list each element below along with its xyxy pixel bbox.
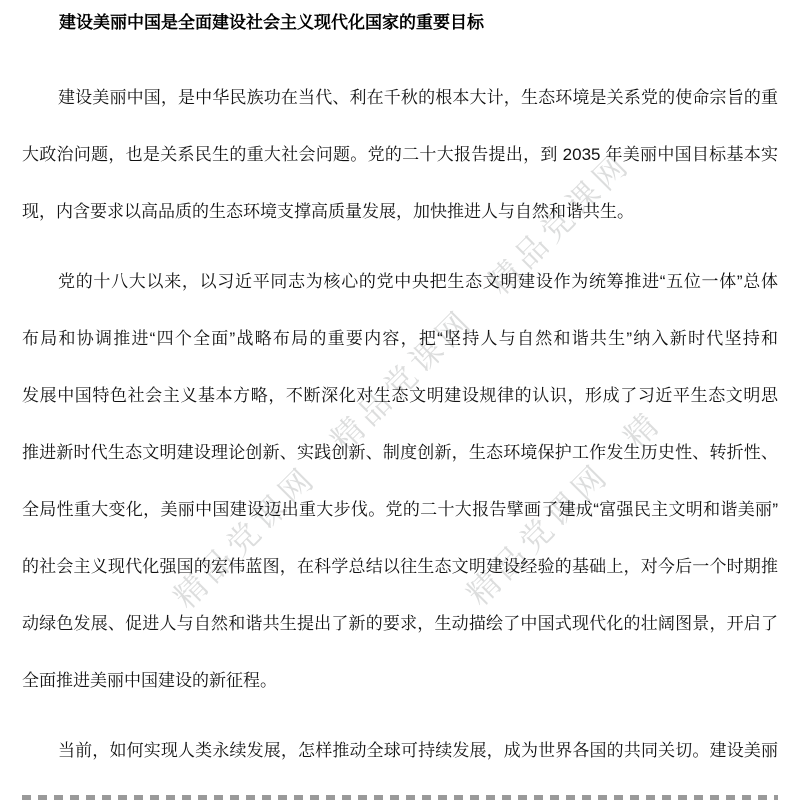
clipped-next-line-fragment [22,795,778,800]
document-page: 建设美丽中国是全面建设社会主义现代化国家的重要目标 建设美丽中国，是中华民族功在… [0,0,800,800]
text-line: 党的十八大以来，以习近平同志为核心的党中央把生态文明建设作为统筹推进“五位一体”… [22,253,778,310]
text-line: 建设美丽中国，是中华民族功在当代、利在千秋的根本大计，生态环境是关系党的使命宗旨… [22,69,778,126]
text-line: 全面推进美丽中国建设的新征程。 [22,652,778,709]
document-title: 建设美丽中国是全面建设社会主义现代化国家的重要目标 [22,11,778,35]
text-line: 现，内含要求以高品质的生态环境支撑高质量发展，加快推进人与自然和谐共生。 [22,183,778,240]
paragraph-1: 建设美丽中国，是中华民族功在当代、利在千秋的根本大计，生态环境是关系党的使命宗旨… [22,69,778,240]
text-line: 布局和协调推进“四个全面”战略布局的重要内容，把“坚持人与自然和谐共生”纳入新时… [22,310,778,367]
text-line: 当前，如何实现人类永续发展，怎样推动全球可持续发展，成为世界各国的共同关切。建设… [22,722,778,779]
text-line: 全局性重大变化，美丽中国建设迈出重大步伐。党的二十大报告擘画了建成“富强民主文明… [22,481,778,538]
text-line: 大政治问题，也是关系民生的重大社会问题。党的二十大报告提出，到 2035 年美丽… [22,126,778,183]
paragraph-3: 当前，如何实现人类永续发展，怎样推动全球可持续发展，成为世界各国的共同关切。建设… [22,722,778,800]
text-line: 动绿色发展、促进人与自然和谐共生提出了新的要求，生动描绘了中国式现代化的壮阔图景… [22,595,778,652]
text-line: 的社会主义现代化强国的宏伟蓝图，在科学总结以往生态文明建设经验的基础上，对今后一… [22,538,778,595]
paragraph-2: 党的十八大以来，以习近平同志为核心的党中央把生态文明建设作为统筹推进“五位一体”… [22,253,778,709]
text-line: 推进新时代生态文明建设理论创新、实践创新、制度创新，生态环境保护工作发生历史性、… [22,424,778,481]
text-line: 发展中国特色社会主义基本方略，不断深化对生态文明建设规律的认识，形成了习近平生态… [22,367,778,424]
